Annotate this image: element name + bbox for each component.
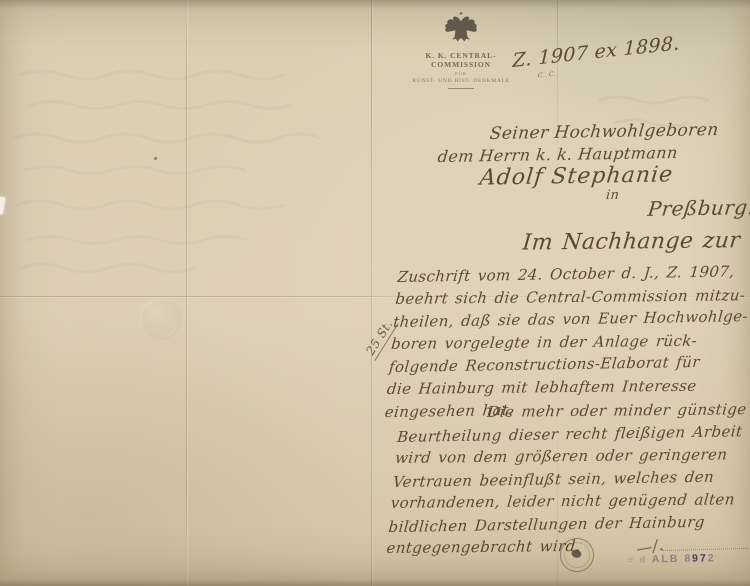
fold-crease-vertical-center: [371, 0, 372, 586]
body-paragraph-2: Die mehr oder minder günstigeBeurtheilun…: [386, 398, 750, 559]
address-name: Adolf Stephanie: [478, 162, 674, 190]
paper-edge-bottom: [0, 579, 750, 586]
letterhead: K. K. CENTRAL-COMMISSION FÜR KUNST- UND …: [396, 12, 526, 89]
inventory-stamp-dark-digits: 97: [692, 552, 708, 564]
address-preposition: in: [605, 188, 620, 203]
letterhead-department: KUNST- UND HIST. DENKMALE: [396, 78, 526, 84]
letterhead-org-name: K. K. CENTRAL-COMMISSION: [396, 51, 526, 69]
fold-crease-vertical-left: [186, 0, 187, 586]
address-place: Preßburg.: [647, 195, 750, 221]
paper-edge-top: [0, 0, 750, 9]
inventory-stamp-prefix: ≡ d: [628, 554, 647, 564]
body-paragraph-1: Im Nachhange zur h. a.Zuschrift vom 24. …: [384, 224, 750, 422]
double-headed-eagle-icon: [443, 12, 479, 46]
paper-speck: [154, 157, 157, 160]
letter-sheet: K. K. CENTRAL-COMMISSION FÜR KUNST- UND …: [0, 0, 750, 586]
letterhead-fuer: FÜR: [396, 71, 526, 76]
inventory-stamp-text: ALB 8: [652, 553, 693, 566]
embossed-seal: [140, 298, 182, 340]
handwriting-line: Im Nachhange zur h. a.: [521, 224, 750, 261]
address-honorific: Seiner Hochwohlgeboren: [489, 120, 720, 144]
inventory-stamp: ≡ d ALB 8972: [628, 552, 716, 566]
letterhead-rule: [448, 88, 474, 89]
inventory-stamp-last-digit: 2: [708, 552, 716, 564]
handwriting-line: Die mehr oder minder günstige: [486, 398, 750, 423]
